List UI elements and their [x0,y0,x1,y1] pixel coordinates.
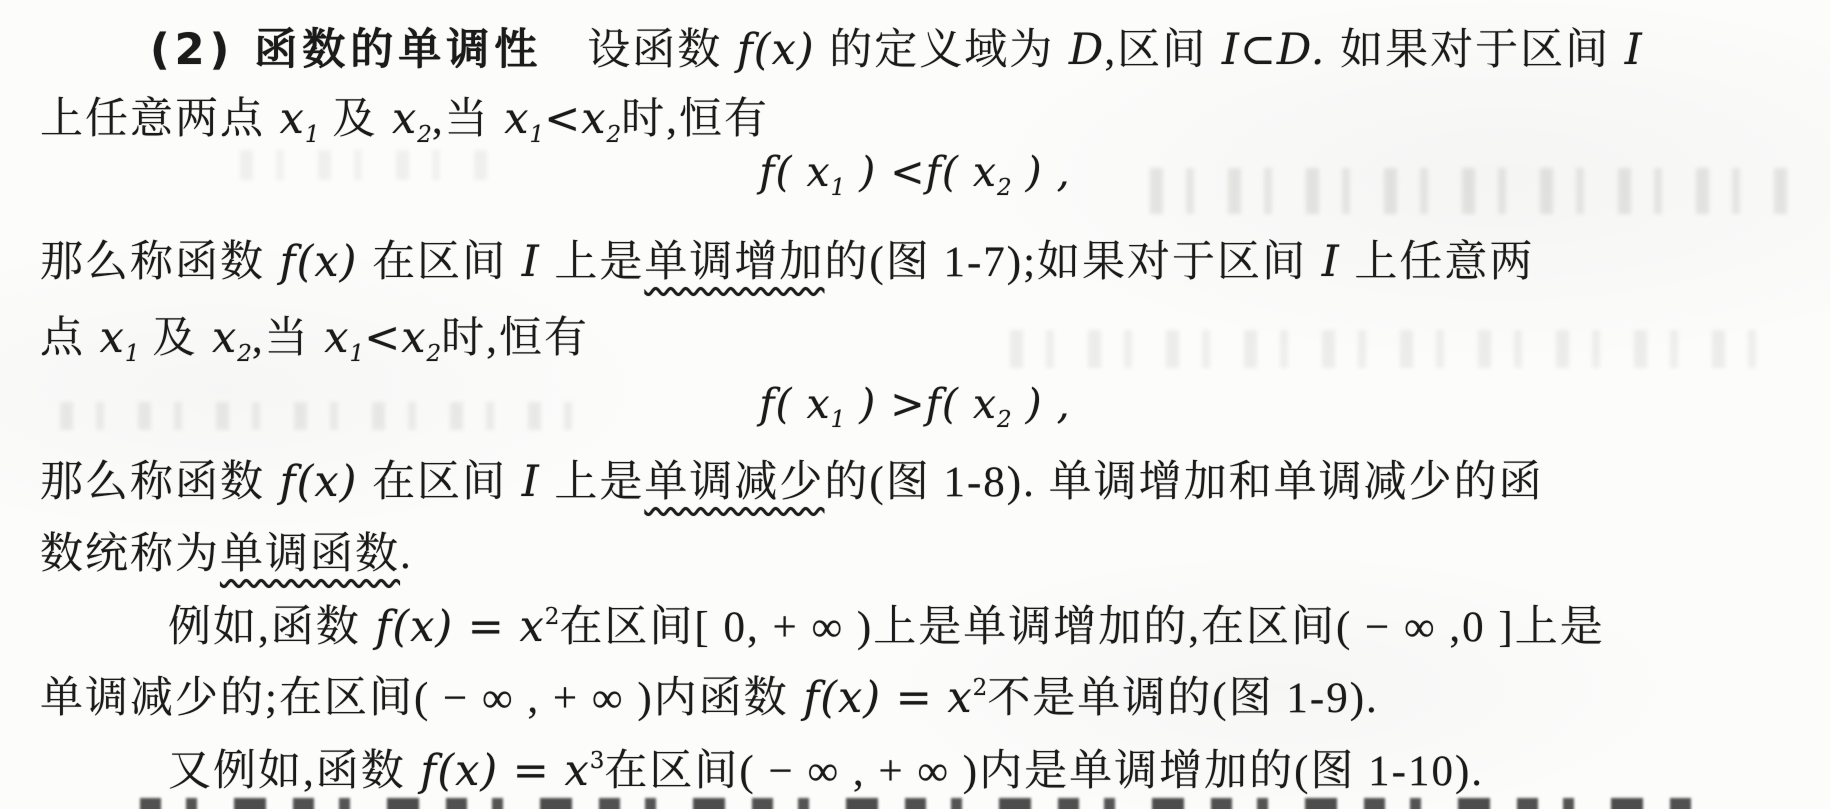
text-segment: ,当 [252,315,310,362]
text-segment: D [1054,25,1104,75]
subscript: 2 [237,341,252,367]
subscript: 2 [997,407,1012,433]
text-segment: 在区间 [372,239,507,286]
text-segment: ,区间 [1104,27,1207,74]
superscript: 2 [973,675,988,701]
subscript: 2 [417,122,432,148]
text-segment: 及 [140,315,198,362]
text-segment: ) , [1012,380,1071,428]
subscript: 2 [997,175,1012,201]
text-segment: 单调减少的;在区间( − ∞ , + ∞ )内函数 [40,675,789,722]
text-segment: x2 [401,313,441,363]
text-segment: f(x) = x2 [361,602,560,652]
text-segment: 设函数 [542,27,722,74]
text-segment: (2) 函数的单调性 [150,25,542,75]
text-segment: f( x1 [759,380,845,428]
formula-increasing: f( x1 ) <f( x2 ) , [0,150,1830,196]
text-segment: f(x) = x2 [789,673,988,723]
text-segment: 那么称函数 [40,239,265,286]
body-line: 上任意两点 x1 及 x2,当 x1<x2时,恒有 [40,95,769,144]
text-segment: ) >f( x2 [845,380,1011,428]
text-segment: f(x) [265,237,372,287]
text-segment: 的定义域为 [829,27,1054,74]
text-segment: 数统称为 [40,531,220,578]
scan-bleed-artifact [1010,330,1770,368]
text-segment: < [544,94,581,144]
text-segment: 单调函数 [220,531,400,578]
subscript: 1 [530,122,545,148]
text-segment: x2 [581,94,621,144]
text-segment: 的(图 1-7);如果对于区间 [824,239,1307,286]
text-segment: 上任意两点 [40,96,265,143]
text-segment: ) , [1012,148,1071,196]
text-segment: I [1307,237,1354,287]
subscript: 1 [305,122,320,148]
body-line: 那么称函数 f(x) 在区间 I 上是单调减少的(图 1-8). 单调增加和单调… [40,458,1544,507]
text-segment: 上是 [554,239,644,286]
text-segment: 例如,函数 [168,604,361,651]
text-segment: f(x) [265,457,372,507]
text-segment: 在区间( − ∞ , + ∞ )内是单调增加的(图 1-10). [604,748,1484,795]
example-line: 单调减少的;在区间( − ∞ , + ∞ )内函数 f(x) = x2不是单调的… [40,674,1379,723]
text-segment: 在区间[ 0, + ∞ )上是单调增加的,在区间( − ∞ ,0 ]上是 [559,604,1604,651]
subscript: 2 [606,122,621,148]
text-segment: f( x1 [759,148,845,196]
textbook-scan-page: (2) 函数的单调性 设函数 f(x) 的定义域为 D,区间 I⊂D. 如果对于… [0,0,1830,809]
text-segment: I⊂D. [1207,25,1340,75]
text-segment: ,当 [432,96,490,143]
text-segment: x1 [265,94,320,144]
section-heading-line: (2) 函数的单调性 设函数 f(x) 的定义域为 D,区间 I⊂D. 如果对于… [150,26,1643,75]
text-segment: x1 [85,313,140,363]
text-segment: 如果对于区间 [1340,27,1610,74]
body-line: 数统称为单调函数. [40,531,413,579]
text-segment: I [507,237,554,287]
superscript: 2 [545,604,560,630]
text-segment: 单调增加 [644,239,824,286]
text-segment: 那么称函数 [40,459,265,506]
subscript: 2 [426,341,441,367]
formula-decreasing: f( x1 ) >f( x2 ) , [0,382,1830,428]
text-segment: 点 [40,315,85,362]
text-segment: f(x) = x3 [406,746,605,796]
subscript: 1 [831,407,846,433]
body-line: 那么称函数 f(x) 在区间 I 上是单调增加的(图 1-7);如果对于区间 I… [40,238,1534,287]
text-segment: 时,恒有 [621,96,769,143]
text-segment: 单调减少 [644,459,824,506]
text-segment: 上是 [554,459,644,506]
text-segment: I [1610,25,1643,75]
text-segment: 在区间 [372,459,507,506]
subscript: 1 [831,175,846,201]
text-segment: 及 [320,96,378,143]
text-segment: x2 [377,94,432,144]
superscript: 3 [590,748,605,774]
text-segment: 时,恒有 [441,315,589,362]
text-segment: 上任意两 [1354,239,1534,286]
text-segment: ) <f( x2 [845,148,1011,196]
text-segment: 又例如,函数 [168,748,406,795]
subscript: 1 [350,341,365,367]
text-segment: x2 [197,313,252,363]
body-line: 点 x1 及 x2,当 x1<x2时,恒有 [40,314,589,363]
example-line: 例如,函数 f(x) = x2在区间[ 0, + ∞ )上是单调增加的,在区间(… [168,603,1605,652]
text-segment: x1 [310,313,365,363]
text-segment: 的(图 1-8). 单调增加和单调减少的函 [824,459,1543,506]
subscript: 1 [125,341,140,367]
text-segment: < [364,313,401,363]
text-segment: . [400,531,413,578]
text-segment: I [507,457,554,507]
clipped-next-line-fragment [140,798,1705,809]
example-line: 又例如,函数 f(x) = x3在区间( − ∞ , + ∞ )内是单调增加的(… [168,747,1484,796]
text-segment: f(x) [722,25,829,75]
text-segment: x1 [490,94,545,144]
text-segment: 不是单调的(图 1-9). [987,675,1378,722]
